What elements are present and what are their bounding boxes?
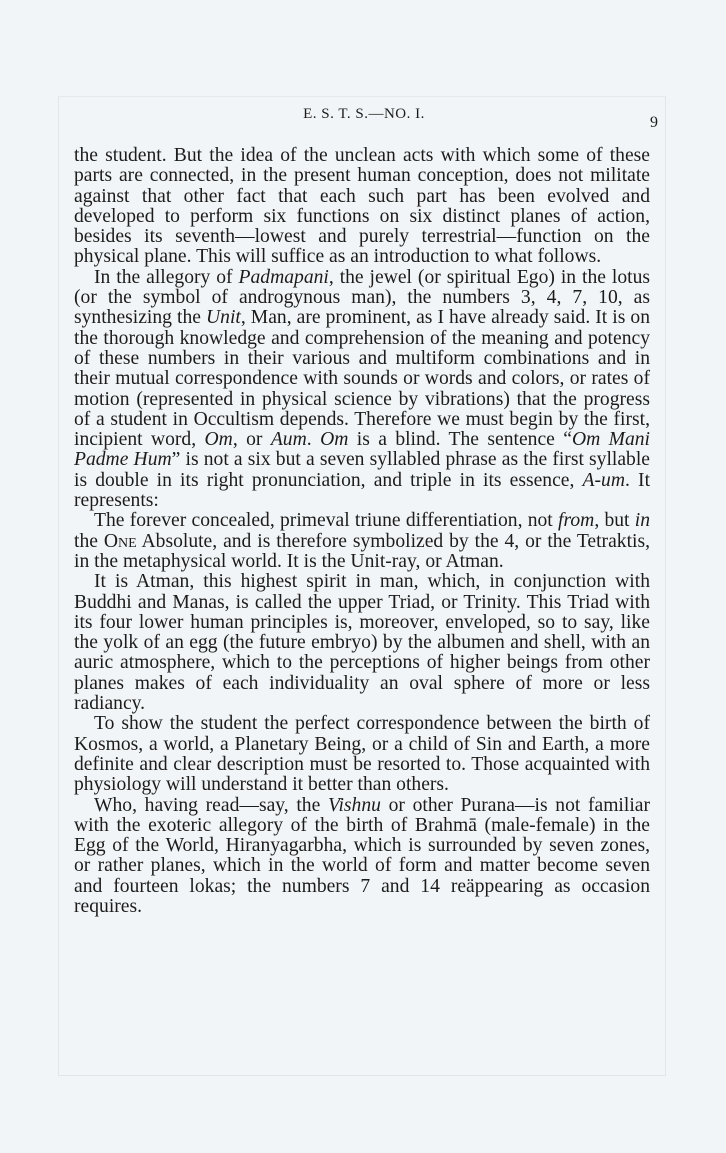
paragraph: To show the student the perfect correspo…: [74, 714, 650, 795]
italic-term: Aum: [271, 429, 307, 450]
running-head: E. S. T. S.—NO. I. 9: [74, 104, 654, 128]
paragraph: the student. But the idea of the unclean…: [74, 146, 650, 268]
body-text: the student. But the idea of the unclean…: [74, 146, 650, 917]
italic-term: Unit: [206, 307, 241, 328]
italic-term: Om: [205, 429, 233, 450]
italic-term: Vishnu: [328, 795, 381, 816]
paragraph: It is Atman, this highest spirit in man,…: [74, 572, 650, 714]
italic-term: from: [558, 510, 594, 531]
paragraph: In the allegory of Padmapani, the jewel …: [74, 268, 650, 512]
italic-term: Om: [320, 429, 348, 450]
page-number: 9: [650, 114, 658, 132]
italic-term: Om Mani Padme Hum: [74, 429, 650, 470]
italic-term: Padmapani: [239, 267, 329, 288]
small-caps-term: One: [104, 531, 137, 552]
running-title: E. S. T. S.—NO. I.: [74, 106, 654, 123]
italic-term: in: [635, 510, 650, 531]
paragraph: The forever concealed, primeval triune d…: [74, 511, 650, 572]
italic-term: A-um: [583, 470, 625, 491]
paragraph: Who, having read—say, the Vishnu or othe…: [74, 796, 650, 918]
